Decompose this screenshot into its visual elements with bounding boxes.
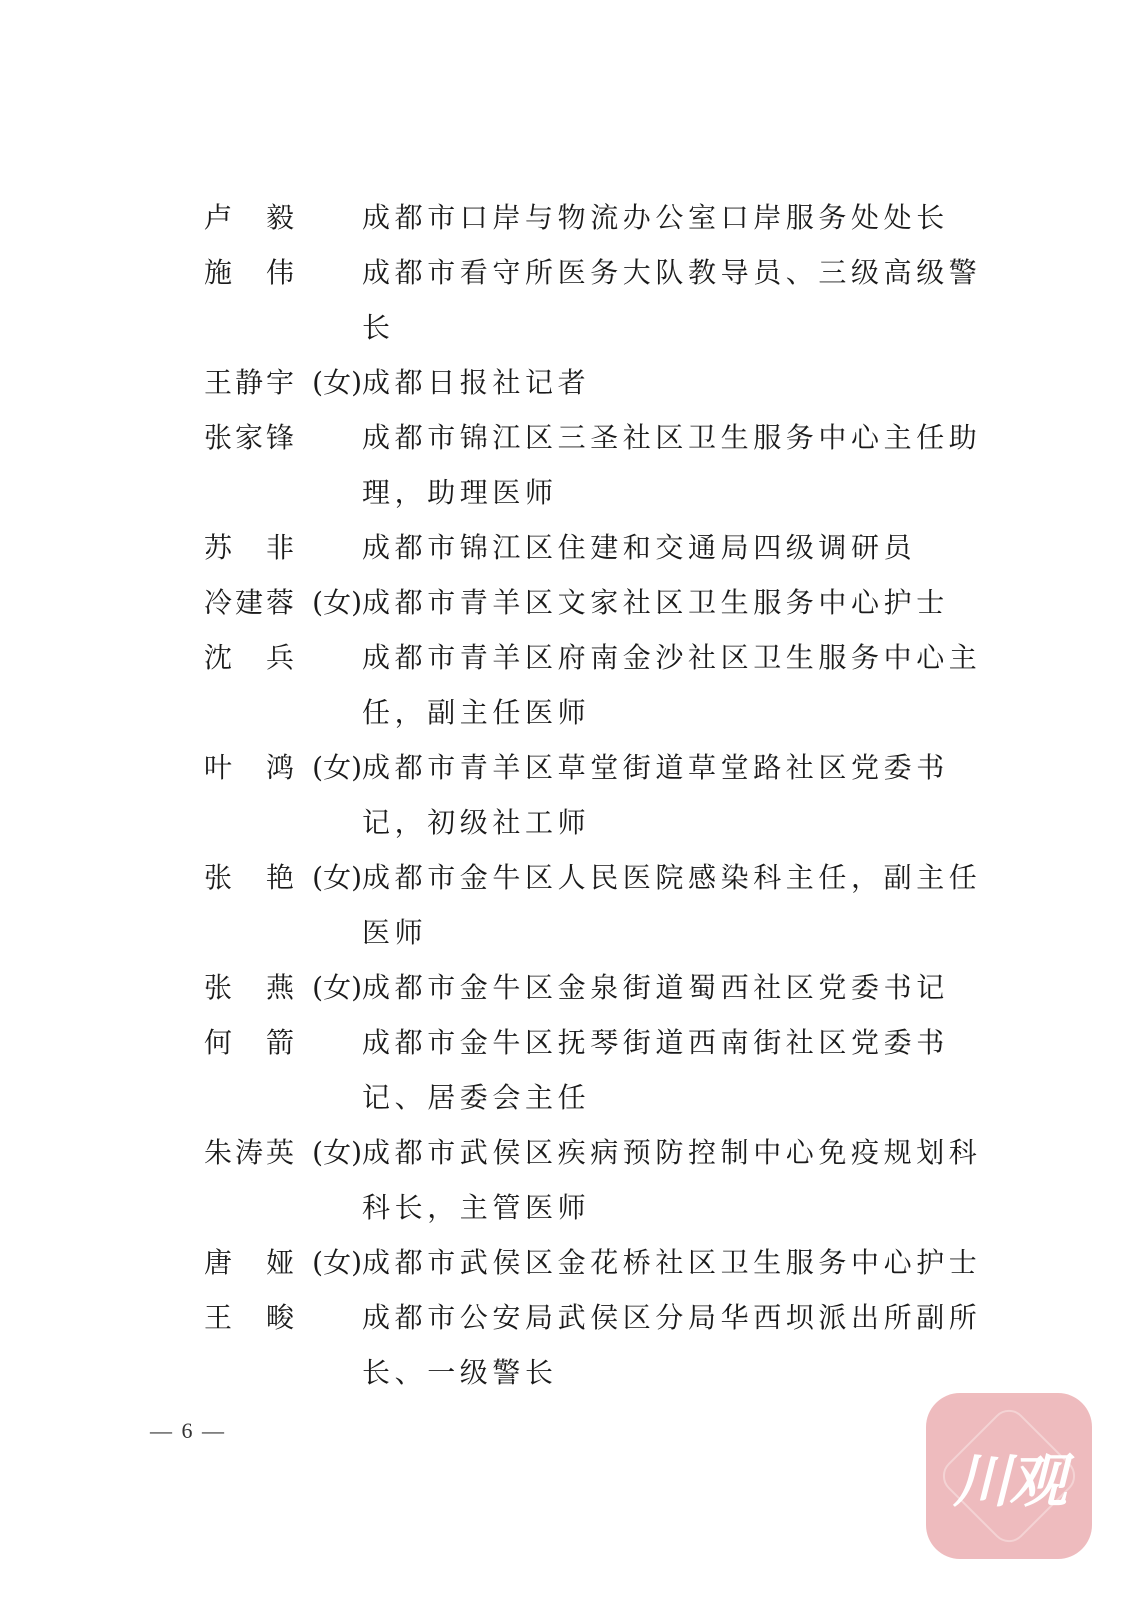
- person-name: 唐 娅(女): [204, 1235, 362, 1290]
- name-text: 王静宇: [204, 355, 297, 410]
- document-page: 卢 毅成都市口岸与物流办公室口岸服务处处长施 伟成都市看守所医务大队教导员、三级…: [0, 0, 1124, 1600]
- person-name: 朱涛英(女): [204, 1125, 362, 1180]
- person-name: 张家锋: [204, 410, 362, 465]
- person-title: 成都市金牛区金泉街道蜀西社区党委书记: [362, 960, 984, 1015]
- person-title: 成都市锦江区住建和交通局四级调研员: [362, 520, 984, 575]
- person-name: 卢 毅: [204, 190, 362, 245]
- person-title: 成都市武侯区金花桥社区卫生服务中心护士: [362, 1235, 984, 1290]
- female-marker: (女): [312, 355, 362, 410]
- name-text: 叶 鸿: [204, 740, 297, 795]
- female-marker: (女): [312, 1125, 362, 1180]
- watermark-text: 川观: [953, 1434, 1065, 1518]
- female-marker: (女): [312, 740, 362, 795]
- honoree-list: 卢 毅成都市口岸与物流办公室口岸服务处处长施 伟成都市看守所医务大队教导员、三级…: [204, 190, 984, 1400]
- list-item: 唐 娅(女)成都市武侯区金花桥社区卫生服务中心护士: [204, 1235, 984, 1290]
- female-marker: (女): [312, 1235, 362, 1290]
- chuanguan-watermark-logo: 川观: [926, 1393, 1092, 1559]
- person-title: 成都市口岸与物流办公室口岸服务处处长: [362, 190, 984, 245]
- person-title: 成都市武侯区疾病预防控制中心免疫规划科科长，主管医师: [362, 1125, 984, 1235]
- person-title: 成都日报社记者: [362, 355, 984, 410]
- name-text: 张 艳: [204, 850, 297, 905]
- list-item: 何 箭成都市金牛区抚琴街道西南街社区党委书记、居委会主任: [204, 1015, 984, 1125]
- person-title: 成都市青羊区府南金沙社区卫生服务中心主任，副主任医师: [362, 630, 984, 740]
- list-item: 张 艳(女)成都市金牛区人民医院感染科主任，副主任医师: [204, 850, 984, 960]
- list-item: 朱涛英(女)成都市武侯区疾病预防控制中心免疫规划科科长，主管医师: [204, 1125, 984, 1235]
- name-text: 卢 毅: [204, 190, 297, 245]
- name-text: 张家锋: [204, 410, 297, 465]
- list-item: 卢 毅成都市口岸与物流办公室口岸服务处处长: [204, 190, 984, 245]
- name-text: 朱涛英: [204, 1125, 297, 1180]
- person-name: 施 伟: [204, 245, 362, 300]
- person-name: 王 畯: [204, 1290, 362, 1345]
- female-marker: (女): [312, 850, 362, 905]
- person-name: 沈 兵: [204, 630, 362, 685]
- list-item: 王静宇(女)成都日报社记者: [204, 355, 984, 410]
- name-text: 王 畯: [204, 1290, 297, 1345]
- person-title: 成都市公安局武侯区分局华西坝派出所副所长、一级警长: [362, 1290, 984, 1400]
- page-number: — 6 —: [150, 1418, 226, 1444]
- list-item: 张 燕(女)成都市金牛区金泉街道蜀西社区党委书记: [204, 960, 984, 1015]
- female-marker: (女): [312, 575, 362, 630]
- person-title: 成都市金牛区抚琴街道西南街社区党委书记、居委会主任: [362, 1015, 984, 1125]
- person-title: 成都市锦江区三圣社区卫生服务中心主任助理，助理医师: [362, 410, 984, 520]
- person-title: 成都市看守所医务大队教导员、三级高级警长: [362, 245, 984, 355]
- name-text: 沈 兵: [204, 630, 297, 685]
- person-name: 张 燕(女): [204, 960, 362, 1015]
- list-item: 施 伟成都市看守所医务大队教导员、三级高级警长: [204, 245, 984, 355]
- name-text: 苏 非: [204, 520, 297, 575]
- person-name: 何 箭: [204, 1015, 362, 1070]
- person-name: 王静宇(女): [204, 355, 362, 410]
- person-title: 成都市青羊区文家社区卫生服务中心护士: [362, 575, 984, 630]
- list-item: 张家锋成都市锦江区三圣社区卫生服务中心主任助理，助理医师: [204, 410, 984, 520]
- person-title: 成都市青羊区草堂街道草堂路社区党委书记，初级社工师: [362, 740, 984, 850]
- list-item: 苏 非成都市锦江区住建和交通局四级调研员: [204, 520, 984, 575]
- person-name: 张 艳(女): [204, 850, 362, 905]
- list-item: 王 畯成都市公安局武侯区分局华西坝派出所副所长、一级警长: [204, 1290, 984, 1400]
- person-name: 苏 非: [204, 520, 362, 575]
- name-text: 何 箭: [204, 1015, 297, 1070]
- list-item: 冷建蓉(女)成都市青羊区文家社区卫生服务中心护士: [204, 575, 984, 630]
- female-marker: (女): [312, 960, 362, 1015]
- person-name: 叶 鸿(女): [204, 740, 362, 795]
- list-item: 沈 兵成都市青羊区府南金沙社区卫生服务中心主任，副主任医师: [204, 630, 984, 740]
- name-text: 张 燕: [204, 960, 297, 1015]
- name-text: 唐 娅: [204, 1235, 297, 1290]
- name-text: 施 伟: [204, 245, 297, 300]
- person-name: 冷建蓉(女): [204, 575, 362, 630]
- name-text: 冷建蓉: [204, 575, 297, 630]
- person-title: 成都市金牛区人民医院感染科主任，副主任医师: [362, 850, 984, 960]
- list-item: 叶 鸿(女)成都市青羊区草堂街道草堂路社区党委书记，初级社工师: [204, 740, 984, 850]
